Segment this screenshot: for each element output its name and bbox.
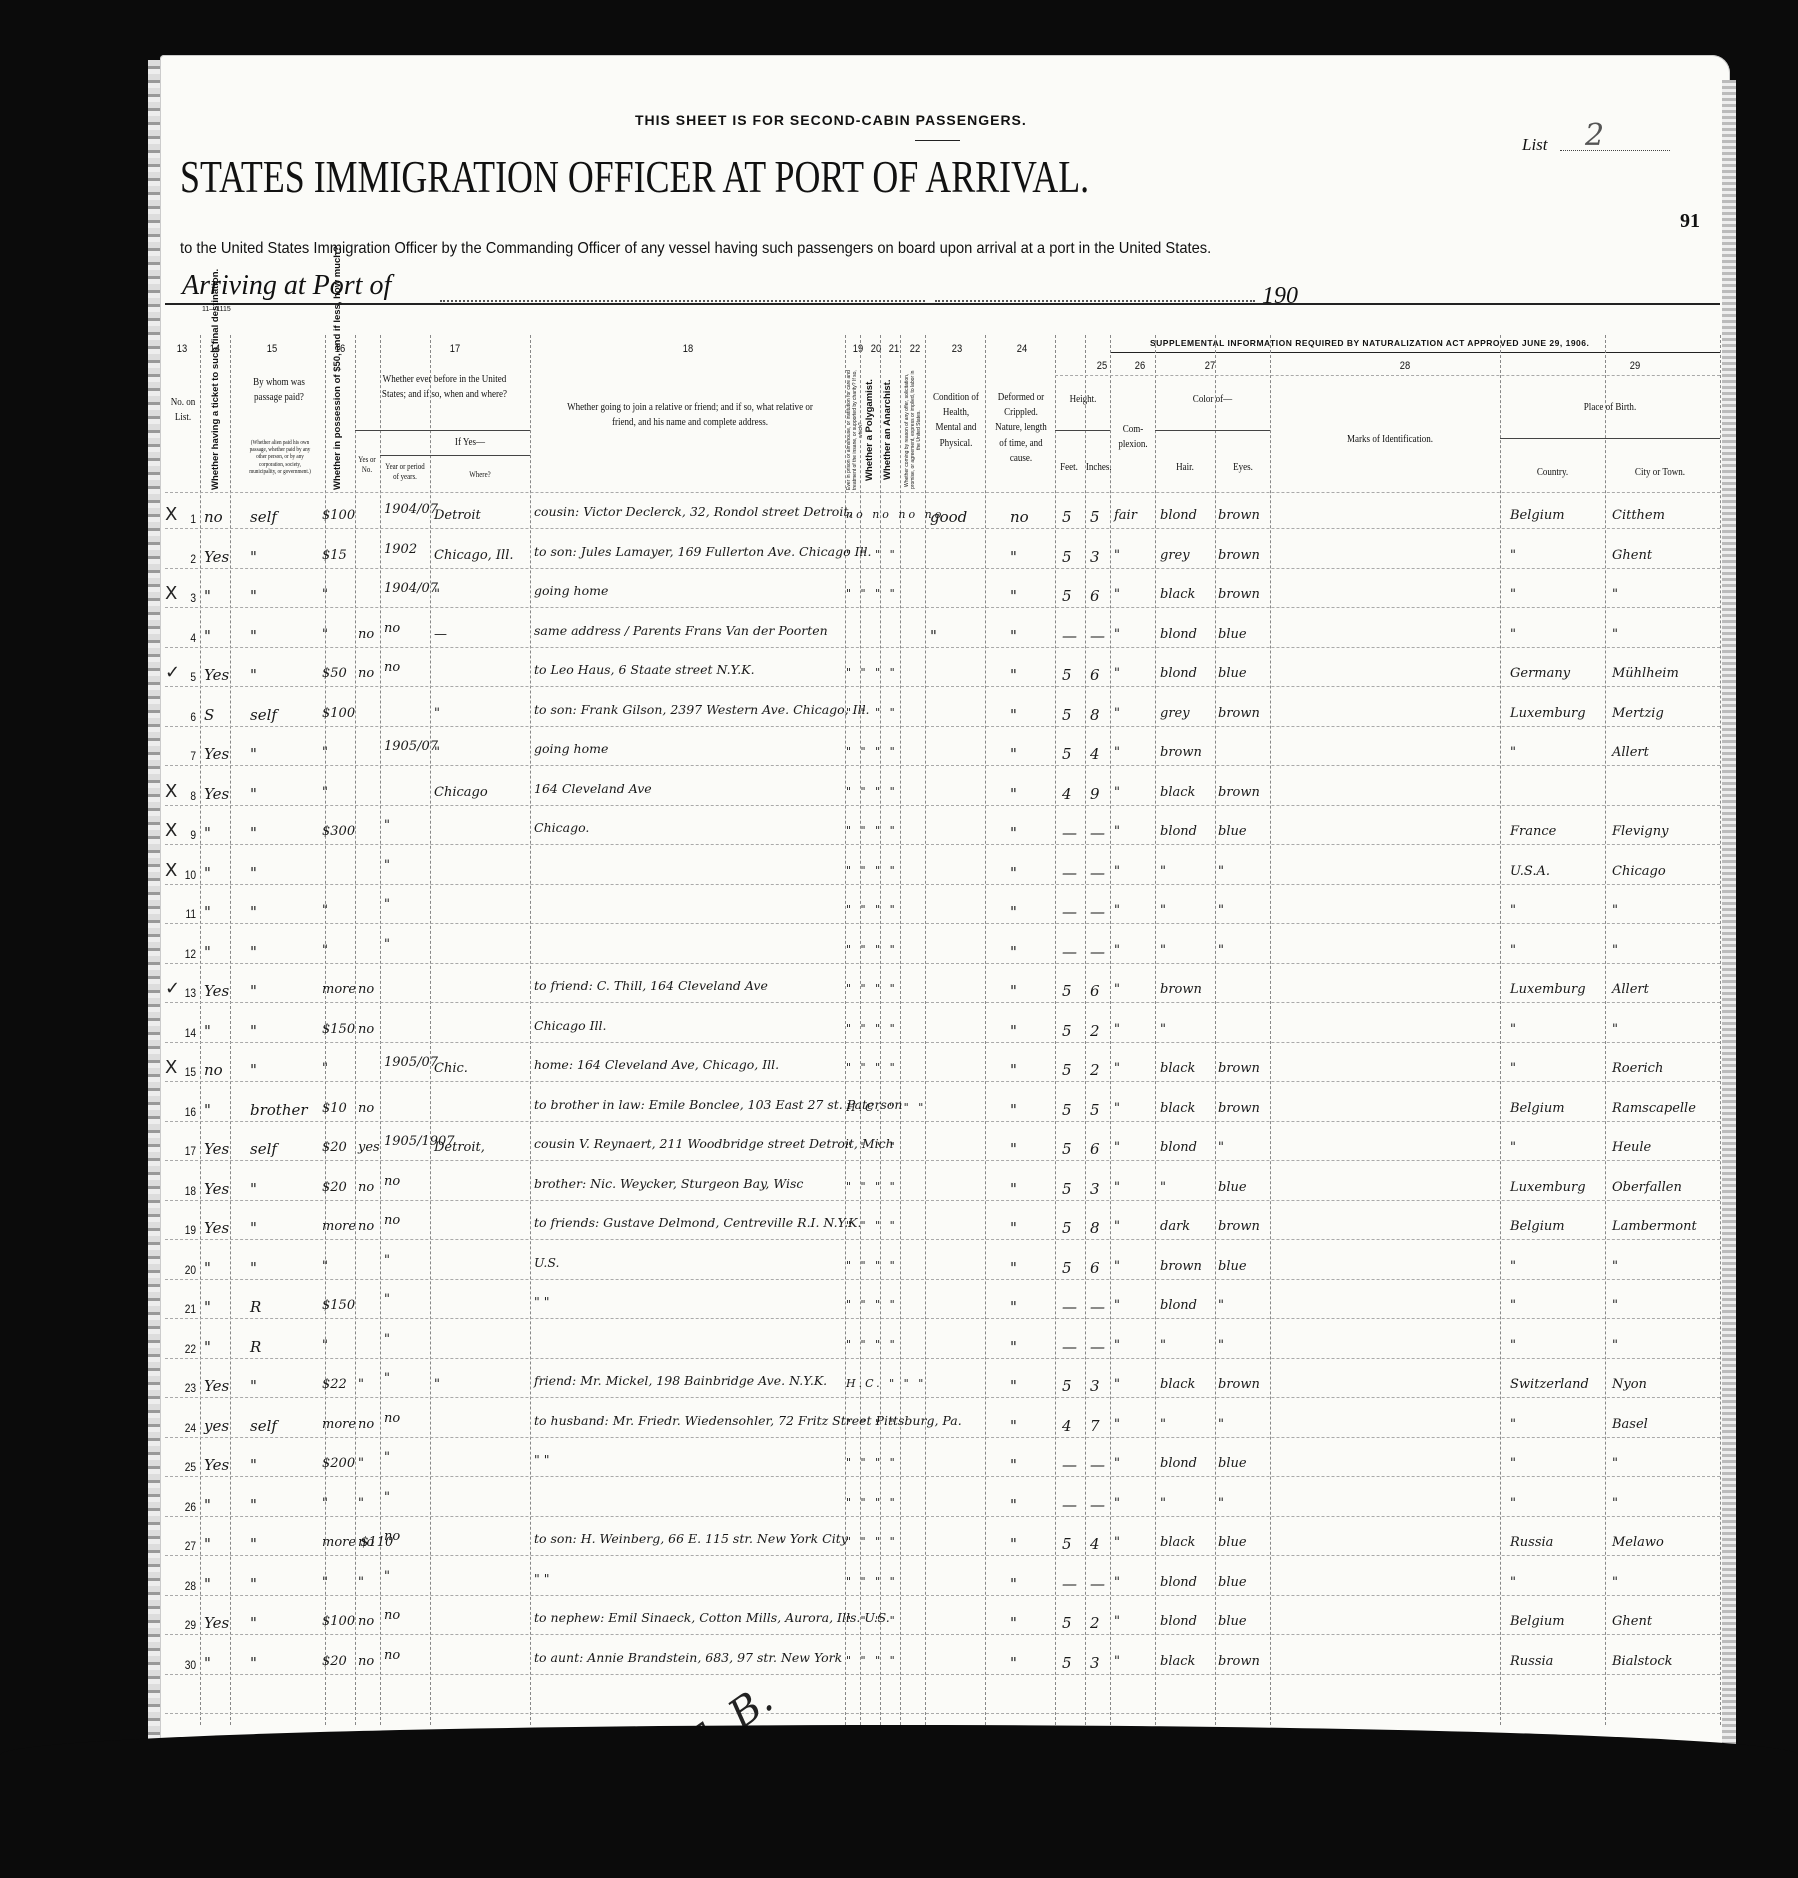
answers-19-22: " " " " (846, 1535, 898, 1548)
eyes-value: brown (1218, 587, 1260, 602)
deformed-value: " (1010, 1140, 1017, 1158)
list-number: 2 (1585, 118, 1604, 153)
row-rule (165, 1555, 1720, 1556)
header-where: Where? (446, 470, 515, 480)
country-value: Belgium (1510, 1219, 1565, 1234)
year-value: no (384, 660, 400, 675)
ticket-value: Yes (204, 785, 229, 803)
deformed-value: " (1010, 785, 1017, 803)
answers-19-22: " " " " (846, 1575, 898, 1588)
column-divider (1270, 335, 1271, 1725)
ticket-value: yes (204, 1417, 229, 1435)
year-value: " (384, 1332, 390, 1347)
paid-by-value: R (250, 1298, 261, 1316)
city-value: Ghent (1612, 1614, 1652, 1629)
where-value: " (434, 745, 440, 760)
answers-19-22: " " " " (846, 587, 898, 600)
country-value: " (1510, 943, 1516, 958)
relative-value: home: 164 Cleveland Ave, Chicago, Ill. (534, 1057, 779, 1072)
paid-by-value: " (250, 745, 257, 763)
row-rule (165, 528, 1720, 529)
row-number: 19 (174, 1223, 196, 1237)
feet-value: 5 (1062, 666, 1072, 684)
eyes-value: blue (1218, 1180, 1247, 1195)
ticket-value: " (204, 1496, 211, 1514)
row-rule (165, 726, 1720, 727)
answers-19-22: " " " " (846, 1614, 898, 1627)
relative-value: same address / Parents Frans Van der Poo… (534, 623, 828, 638)
feet-value: 5 (1062, 745, 1072, 763)
complexion-value: " (1114, 1022, 1120, 1037)
row-rule (165, 686, 1720, 687)
feet-value: — (1062, 627, 1077, 645)
hair-value: dark (1160, 1219, 1190, 1234)
row-rule (165, 963, 1720, 964)
deformed-value: " (1010, 864, 1017, 882)
inches-value: 6 (1090, 666, 1100, 684)
answers-19-22: " " " " (846, 1417, 898, 1430)
ticket-value: Yes (204, 1140, 229, 1158)
country-value: " (1510, 1338, 1516, 1353)
deformed-value: " (1010, 627, 1017, 645)
relative-value: to friends: Gustave Delmond, Centreville… (534, 1215, 861, 1230)
feet-value: 4 (1062, 1417, 1072, 1435)
deformed-value: " (1010, 1298, 1017, 1316)
paid-by-value: " (250, 943, 257, 961)
hair-value: " (1160, 903, 1166, 918)
row-number: 15 (174, 1065, 196, 1079)
row-number: 22 (174, 1342, 196, 1356)
feet-value: — (1062, 943, 1077, 961)
year-value: 1905/07 (384, 1055, 438, 1070)
column-divider (1215, 335, 1216, 1725)
city-value: Roerich (1612, 1061, 1663, 1076)
country-value: France (1510, 824, 1556, 839)
subheader-rule (1055, 375, 1720, 376)
feet-value: — (1062, 1575, 1077, 1593)
column-number-26: 26 (1132, 360, 1149, 372)
eyes-value: brown (1218, 785, 1260, 800)
relative-value: Chicago. (534, 820, 589, 835)
where-value: " (434, 587, 440, 602)
paid-by-value: " (250, 982, 257, 1000)
inches-value: — (1090, 1575, 1105, 1593)
complexion-value: " (1114, 745, 1120, 760)
inches-value: 9 (1090, 785, 1100, 803)
feet-value: 5 (1062, 508, 1072, 526)
column-divider (985, 335, 986, 1725)
column-divider (380, 335, 381, 1725)
row-rule (165, 1476, 1720, 1477)
header-year: Year or period of years. (384, 462, 427, 481)
inches-value: 6 (1090, 1259, 1100, 1277)
money-value: $100 (322, 1614, 355, 1629)
year-value: 1905/07 (384, 739, 438, 754)
row-number: 8 (174, 789, 196, 803)
country-value: " (1510, 745, 1516, 760)
paid-by-value: " (250, 1180, 257, 1198)
year-value: " (384, 1450, 390, 1465)
inches-value: — (1090, 903, 1105, 921)
header-rule (165, 303, 1720, 305)
ticket-value: " (204, 1338, 211, 1356)
before-value: no (358, 627, 374, 642)
answers-19-22: " " " " (846, 1338, 898, 1351)
relative-value: to aunt: Annie Brandstein, 683, 97 str. … (534, 1650, 842, 1665)
before-value: " (358, 1456, 364, 1471)
relative-value: Chicago Ill. (534, 1018, 606, 1033)
relative-value: going home (534, 583, 608, 598)
city-value: " (1612, 627, 1618, 642)
header-before-in-us: Whether ever before in the United States… (374, 372, 516, 402)
ticket-value: " (204, 1259, 211, 1277)
complexion-value: " (1114, 1496, 1120, 1511)
column-number-24: 24 (1014, 343, 1031, 355)
answers-19-22: " " " " (846, 943, 898, 956)
hair-value: blond (1160, 1614, 1197, 1629)
feet-value: 4 (1062, 785, 1072, 803)
relative-value: to nephew: Emil Sinaeck, Cotton Mills, A… (534, 1610, 890, 1625)
feet-value: — (1062, 1496, 1077, 1514)
money-value: " (322, 627, 328, 642)
row-rule (165, 1121, 1720, 1122)
year-value: " (384, 1253, 390, 1268)
eyes-value: brown (1218, 1101, 1260, 1116)
column-number-18: 18 (680, 343, 697, 355)
country-value: " (1510, 548, 1516, 563)
city-value: " (1612, 903, 1618, 918)
eyes-value: blue (1218, 824, 1247, 839)
page-title: STATES IMMIGRATION OFFICER AT PORT OF AR… (180, 150, 1089, 203)
complexion-value: " (1114, 903, 1120, 918)
row-rule (165, 647, 1720, 648)
before-value: no (358, 1535, 374, 1550)
complexion-value: " (1114, 1298, 1120, 1313)
where-value: " (434, 706, 440, 721)
answers-19-22: " " " " (846, 1219, 898, 1232)
year-value: no (384, 621, 400, 636)
year-value: no (384, 1529, 400, 1544)
ticket-value: " (204, 627, 211, 645)
header-relative: Whether going to join a relative or frie… (561, 400, 819, 430)
before-value: no (358, 982, 374, 997)
feet-value: 5 (1062, 587, 1072, 605)
country-value: " (1510, 1259, 1516, 1274)
deformed-value: " (1010, 1535, 1017, 1553)
ticket-value: Yes (204, 1219, 229, 1237)
city-value: Mühlheim (1612, 666, 1679, 681)
page-number: 91 (1680, 210, 1700, 233)
city-value: " (1612, 587, 1618, 602)
hair-value: " (1160, 1496, 1166, 1511)
answers-19-22: " " " " (846, 903, 898, 916)
row-number: 23 (174, 1381, 196, 1395)
money-value: " (322, 943, 328, 958)
money-value: " (322, 587, 328, 602)
header-money: Whether in possession of $50, and if les… (332, 360, 356, 490)
feet-value: — (1062, 1338, 1077, 1356)
row-number: 24 (174, 1421, 196, 1435)
header-yes-no: Yes or No. (358, 455, 377, 474)
complexion-value: " (1114, 1219, 1120, 1234)
inches-value: — (1090, 1338, 1105, 1356)
complexion-value: " (1114, 1377, 1120, 1392)
column-number-25: 25 (1094, 360, 1111, 372)
answers-19-22: H.C. " " " (846, 1377, 926, 1390)
relative-value: " " (534, 1571, 549, 1586)
country-value: Belgium (1510, 1101, 1565, 1116)
feet-value: 5 (1062, 1022, 1072, 1040)
eyes-value: brown (1218, 508, 1260, 523)
relative-value: cousin: Victor Declerck, 32, Rondol stre… (534, 504, 852, 519)
column-divider (1720, 335, 1721, 1725)
year-prefix: 190 (1262, 283, 1298, 310)
row-rule (165, 1239, 1720, 1240)
inches-value: 6 (1090, 1140, 1100, 1158)
ticket-value: " (204, 1654, 211, 1672)
answers-19-22: " " " " (846, 1061, 898, 1074)
relative-value: to son: Frank Gilson, 2397 Western Ave. … (534, 702, 870, 717)
page-edge (1722, 80, 1736, 1750)
where-value: Detroit (434, 508, 481, 523)
row-number: 26 (174, 1500, 196, 1514)
where-value: " (434, 1377, 440, 1392)
relative-value: to Leo Haus, 6 Staate street N.Y.K. (534, 662, 755, 677)
feet-value: — (1062, 1298, 1077, 1316)
page-bottom-edge (0, 1725, 1798, 1878)
ticket-value: Yes (204, 666, 229, 684)
city-value: " (1612, 1022, 1618, 1037)
row-number: 7 (174, 749, 196, 763)
column-divider (230, 335, 231, 1725)
column-number-22: 22 (907, 343, 924, 355)
row-rule (165, 1358, 1720, 1359)
complexion-value: " (1114, 627, 1120, 642)
row-number: 21 (174, 1302, 196, 1316)
inches-value: 3 (1090, 1377, 1100, 1395)
row-number: 14 (174, 1026, 196, 1040)
hair-value: black (1160, 1061, 1195, 1076)
row-number: 13 (174, 986, 196, 1000)
row-rule (165, 923, 1720, 924)
paid-by-value: " (250, 1377, 257, 1395)
city-value: Chicago (1612, 864, 1666, 879)
complexion-value: " (1114, 587, 1120, 602)
hair-value: black (1160, 587, 1195, 602)
header-health: Condition of Health, Mental and Physical… (932, 390, 980, 451)
inches-value: 8 (1090, 1219, 1100, 1237)
country-value: " (1510, 1496, 1516, 1511)
eyes-value: brown (1218, 1654, 1260, 1669)
where-value: Chicago (434, 785, 488, 800)
hair-value: " (1160, 1338, 1166, 1353)
answers-19-22: " " " " (846, 785, 898, 798)
complexion-value: " (1114, 706, 1120, 721)
inches-value: 2 (1090, 1614, 1100, 1632)
country-value: " (1510, 1140, 1516, 1155)
row-number: 4 (174, 631, 196, 645)
paid-by-value: " (250, 1259, 257, 1277)
before-value: " (358, 1377, 364, 1392)
inches-value: — (1090, 1456, 1105, 1474)
health-value: good (930, 508, 967, 526)
ticket-value: " (204, 864, 211, 882)
ticket-value: " (204, 1298, 211, 1316)
city-value: Citthem (1612, 508, 1665, 523)
complexion-value: " (1114, 1061, 1120, 1076)
row-rule (165, 1200, 1720, 1201)
before-value: no (358, 1022, 374, 1037)
country-value: " (1510, 1061, 1516, 1076)
hair-value: " (1160, 1180, 1166, 1195)
row-number: 30 (174, 1658, 196, 1672)
relative-value: " " (534, 1294, 549, 1309)
eyes-value: blue (1218, 1614, 1247, 1629)
list-field-line (1560, 150, 1670, 151)
inches-value: 5 (1090, 1101, 1100, 1119)
feet-value: 5 (1062, 1614, 1072, 1632)
column-divider (530, 335, 531, 1725)
country-value: " (1510, 903, 1516, 918)
eyes-value: " (1218, 1140, 1224, 1155)
complexion-value: " (1114, 1575, 1120, 1590)
answers-19-22: " " " " (846, 982, 898, 995)
inches-value: 3 (1090, 1180, 1100, 1198)
money-value: more (322, 1219, 356, 1234)
answers-19-22: " " " " (846, 1022, 898, 1035)
hair-value: blond (1160, 666, 1197, 681)
money-value: $200 (322, 1456, 355, 1471)
header-polygamist: Whether a Polygamist. (864, 370, 878, 490)
subheader-rule (380, 455, 530, 456)
header-if-yes: If Yes— (427, 435, 513, 450)
country-value: Switzerland (1510, 1377, 1589, 1392)
inches-value: 3 (1090, 548, 1100, 566)
row-rule (165, 568, 1720, 569)
ticket-value: Yes (204, 982, 229, 1000)
paid-by-value: " (250, 1496, 257, 1514)
row-rule (165, 1081, 1720, 1082)
inches-value: 6 (1090, 587, 1100, 605)
row-number: 5 (174, 670, 196, 684)
relative-value: brother: Nic. Weycker, Sturgeon Bay, Wis… (534, 1176, 803, 1191)
paid-by-value: " (250, 1614, 257, 1632)
row-number: 25 (174, 1460, 196, 1474)
before-value: no (358, 1654, 374, 1669)
feet-value: — (1062, 903, 1077, 921)
feet-value: 5 (1062, 1654, 1072, 1672)
complexion-value: " (1114, 548, 1120, 563)
eyes-value: " (1218, 903, 1224, 918)
year-value: 1904/07 (384, 581, 438, 596)
header-deformed: Deformed or Crippled. Nature, length of … (993, 390, 1050, 466)
row-number: 18 (174, 1184, 196, 1198)
eyes-value: brown (1218, 706, 1260, 721)
column-divider (430, 335, 431, 1725)
hair-value: blond (1160, 824, 1197, 839)
feet-value: 5 (1062, 1377, 1072, 1395)
relative-value: going home (534, 741, 608, 756)
inches-value: 4 (1090, 745, 1100, 763)
row-rule (165, 1397, 1720, 1398)
paid-by-value: self (250, 1417, 277, 1435)
eyes-value: brown (1218, 1377, 1260, 1392)
deformed-value: " (1010, 1654, 1017, 1672)
eyes-value: " (1218, 1417, 1224, 1432)
year-value: no (384, 1648, 400, 1663)
column-number-17: 17 (447, 343, 464, 355)
row-rule (165, 1002, 1720, 1003)
deformed-value: " (1010, 1614, 1017, 1632)
inches-value: — (1090, 1298, 1105, 1316)
answers-19-22: " " " " (846, 1496, 898, 1509)
complexion-value: " (1114, 943, 1120, 958)
year-value: " (384, 1371, 390, 1386)
paid-by-value: R (250, 1338, 261, 1356)
city-value: Flevigny (1612, 824, 1668, 839)
country-value: Germany (1510, 666, 1570, 681)
country-value: Belgium (1510, 1614, 1565, 1629)
row-number: 27 (174, 1539, 196, 1553)
deformed-value: " (1010, 745, 1017, 763)
eyes-value: blue (1218, 1456, 1247, 1471)
answers-19-22: " " " " (846, 1259, 898, 1272)
answers-19-22: " " " " (846, 666, 898, 679)
year-value: " (384, 818, 390, 833)
eyes-value: " (1218, 1298, 1224, 1313)
before-value: no (358, 1180, 374, 1195)
row-number: 9 (174, 828, 196, 842)
money-value: $50 (322, 666, 347, 681)
year-value: " (384, 1292, 390, 1307)
money-value: $20 (322, 1140, 347, 1155)
header-prison: Ever in prison or almshouse, or institut… (846, 370, 860, 490)
header-place-of-birth: Place of Birth. (1533, 400, 1688, 415)
feet-value: 5 (1062, 1219, 1072, 1237)
inches-value: — (1090, 627, 1105, 645)
hair-value: brown (1160, 1259, 1202, 1274)
city-value: Ramscapelle (1612, 1101, 1696, 1116)
money-value: $22 (322, 1377, 347, 1392)
row-number: 1 (174, 512, 196, 526)
subheader-rule (1155, 430, 1270, 431)
feet-value: 5 (1062, 1259, 1072, 1277)
deformed-value: " (1010, 587, 1017, 605)
paid-by-value: " (250, 903, 257, 921)
ticket-value: Yes (204, 1614, 229, 1632)
year-value: " (384, 937, 390, 952)
row-rule (165, 844, 1720, 845)
paid-by-value: self (250, 1140, 277, 1158)
eyes-value: blue (1218, 1259, 1247, 1274)
where-value: Detroit, (434, 1140, 485, 1155)
deformed-value: " (1010, 1219, 1017, 1237)
ticket-value: S (204, 706, 214, 724)
country-value: " (1510, 1417, 1516, 1432)
port-field (440, 300, 925, 302)
eyes-value: blue (1218, 666, 1247, 681)
ticket-value: Yes (204, 745, 229, 763)
deformed-value: " (1010, 1180, 1017, 1198)
paid-by-value: self (250, 508, 277, 526)
country-value: Luxemburg (1510, 1180, 1586, 1195)
inches-value: 6 (1090, 982, 1100, 1000)
city-value: Basel (1612, 1417, 1648, 1432)
feet-value: — (1062, 824, 1077, 842)
ticket-value: " (204, 1101, 211, 1119)
header-marks: Marks of Identification. (1313, 432, 1468, 447)
column-divider (1110, 335, 1111, 1725)
